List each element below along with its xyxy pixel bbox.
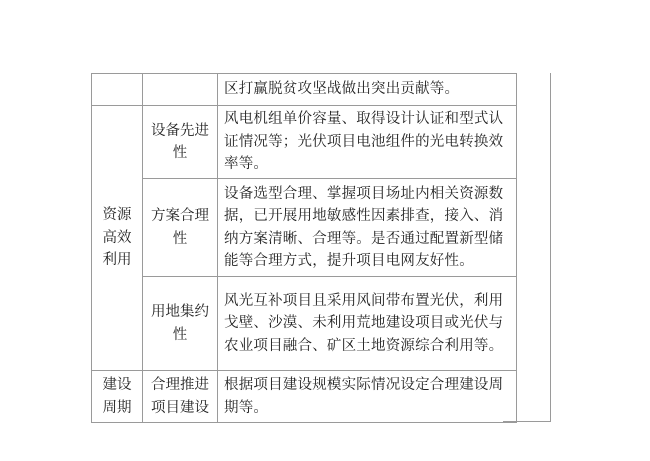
evaluation-criteria-table: 区打赢脱贫攻坚战做出突出贡献等。 资源高效利用 设备先进性 风电机组单价容量、取… [91, 73, 517, 423]
description-cell: 根据项目建设规模实际情况设定合理建设周期等。 [218, 371, 517, 423]
description-cell: 设备选型合理、掌握项目场址内相关资源数据，已开展用地敏感性因素排查，接入、消纳方… [218, 179, 517, 277]
category-cell-resource-efficiency: 资源高效利用 [92, 106, 143, 371]
table-row: 用地集约性 风光互补项目且采用风间带布置光伏，利用戈壁、沙漠、未利用荒地建设项目… [92, 277, 517, 371]
item-cell-land-intensity: 用地集约性 [143, 277, 218, 371]
description-cell: 风光互补项目且采用风间带布置光伏，利用戈壁、沙漠、未利用荒地建设项目或光伏与农业… [218, 277, 517, 371]
table-row: 建设周期 合理推进项目建设 根据项目建设规模实际情况设定合理建设周期等。 [92, 371, 517, 423]
table-row: 资源高效利用 设备先进性 风电机组单价容量、取得设计认证和型式认证情况等；光伏项… [92, 106, 517, 179]
item-cell-equipment-advancement: 设备先进性 [143, 106, 218, 179]
table-row: 区打赢脱贫攻坚战做出突出贡献等。 [92, 74, 517, 106]
category-cell-construction-period: 建设周期 [92, 371, 143, 423]
table-row: 方案合理性 设备选型合理、掌握项目场址内相关资源数据，已开展用地敏感性因素排查，… [92, 179, 517, 277]
item-cell-construction-progress: 合理推进项目建设 [143, 371, 218, 423]
description-cell: 风电机组单价容量、取得设计认证和型式认证情况等；光伏项目电池组件的光电转换效率等… [218, 106, 517, 179]
document-page: 区打赢脱贫攻坚战做出突出贡献等。 资源高效利用 设备先进性 风电机组单价容量、取… [0, 0, 650, 461]
item-cell-plan-rationality: 方案合理性 [143, 179, 218, 277]
description-cell: 区打赢脱贫攻坚战做出突出贡献等。 [218, 74, 517, 106]
item-cell [143, 74, 218, 106]
category-cell [92, 74, 143, 106]
